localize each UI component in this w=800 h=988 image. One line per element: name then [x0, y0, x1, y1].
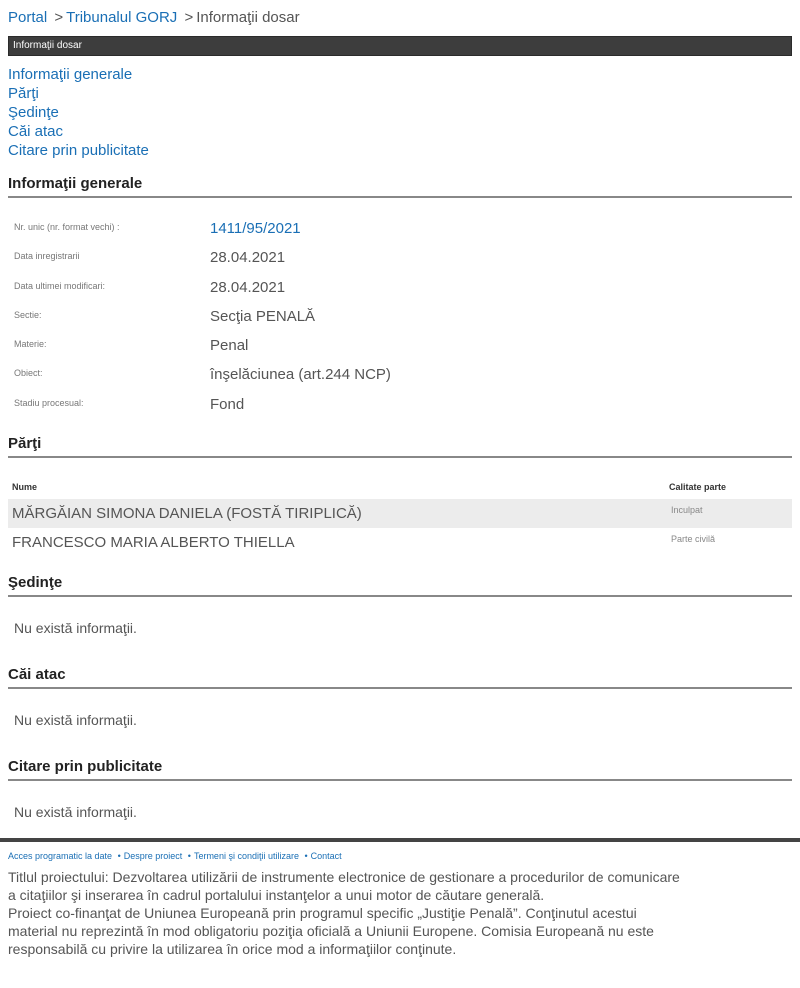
info-value: 28.04.2021 — [210, 249, 285, 266]
cai-atac-empty-message: Nu există informaţii. — [14, 712, 137, 728]
breadcrumb-tribunal[interactable]: Tribunalul GORJ — [66, 9, 177, 26]
page-header-bar: Informaţii dosar — [8, 36, 792, 56]
case-number-link[interactable]: 1411/95/2021 — [210, 220, 301, 237]
table-row: MĂRGĂIAN SIMONA DANIELA (FOSTĂ TIRIPLICĂ… — [8, 499, 792, 528]
info-row-stadiu: Stadiu procesual: Fond — [14, 396, 614, 424]
footer-separator: • — [118, 851, 121, 861]
party-name: MĂRGĂIAN SIMONA DANIELA (FOSTĂ TIRIPLICĂ… — [12, 505, 362, 522]
info-value: Fond — [210, 396, 244, 413]
footer-project-text: Titlul proiectului: Dezvoltarea utilizăr… — [8, 868, 798, 958]
citare-empty-message: Nu există informaţii. — [14, 804, 137, 820]
breadcrumb-separator: > — [54, 9, 63, 26]
info-value: Penal — [210, 337, 248, 354]
column-header-nume: Nume — [12, 482, 37, 492]
footer-link-contact[interactable]: Contact — [311, 851, 342, 861]
party-role: Parte civilă — [671, 534, 715, 544]
breadcrumb: Portal >Tribunalul GORJ >Informaţii dosa… — [8, 9, 300, 26]
footer-text-line: responsabilă cu privire la utilizarea în… — [8, 940, 798, 958]
footer-text-line: Proiect co-finanţat de Uniunea Europeană… — [8, 904, 798, 922]
info-label: Obiect: — [14, 368, 43, 378]
info-label: Sectie: — [14, 310, 42, 320]
page-header-title: Informaţii dosar — [13, 40, 82, 51]
breadcrumb-current: Informaţii dosar — [196, 9, 299, 26]
party-role: Inculpat — [671, 505, 703, 515]
info-value: înşelăciunea (art.244 NCP) — [210, 366, 391, 383]
breadcrumb-separator: > — [184, 9, 193, 26]
info-row-materie: Materie: Penal — [14, 337, 614, 365]
footer-links: Acces programatic la date •Despre proiec… — [8, 851, 342, 861]
nav-link-parti[interactable]: Părţi — [8, 84, 149, 103]
info-row-data-inregistrarii: Data inregistrarii 28.04.2021 — [14, 249, 614, 277]
footer-text-line: a citaţiilor şi inserarea în cadrul port… — [8, 886, 798, 904]
info-row-sectie: Sectie: Secţia PENALĂ — [14, 308, 614, 336]
parti-table-header: Nume Calitate parte — [8, 478, 792, 496]
footer-link-despre-proiect[interactable]: Despre proiect — [124, 851, 183, 861]
nav-link-cai-atac[interactable]: Căi atac — [8, 122, 149, 141]
footer-separator: • — [188, 851, 191, 861]
section-title-citare: Citare prin publicitate — [8, 758, 792, 781]
footer-link-acces-programatic[interactable]: Acces programatic la date — [8, 851, 112, 861]
party-name: FRANCESCO MARIA ALBERTO THIELLA — [12, 534, 295, 551]
section-title-general: Informaţii generale — [8, 175, 792, 198]
footer-text-line: material nu reprezintă în mod obligatori… — [8, 922, 798, 940]
footer-link-termeni[interactable]: Termeni şi condiţii utilizare — [194, 851, 299, 861]
section-title-cai-atac: Căi atac — [8, 666, 792, 689]
info-label: Data inregistrarii — [14, 251, 80, 261]
sedinte-empty-message: Nu există informaţii. — [14, 620, 137, 636]
nav-link-citare[interactable]: Citare prin publicitate — [8, 141, 149, 160]
table-row: FRANCESCO MARIA ALBERTO THIELLA Parte ci… — [8, 528, 792, 557]
column-header-calitate: Calitate parte — [669, 482, 726, 492]
info-label: Data ultimei modificari: — [14, 281, 105, 291]
footer-separator: • — [305, 851, 308, 861]
breadcrumb-portal[interactable]: Portal — [8, 9, 47, 26]
info-row-data-modificari: Data ultimei modificari: 28.04.2021 — [14, 279, 614, 307]
info-label: Materie: — [14, 339, 47, 349]
info-label: Nr. unic (nr. format vechi) : — [14, 222, 120, 232]
info-value: Secţia PENALĂ — [210, 308, 315, 325]
info-row-obiect: Obiect: înşelăciunea (art.244 NCP) — [14, 366, 614, 394]
section-title-parti: Părţi — [8, 435, 792, 458]
section-nav: Informaţii generale Părţi Şedinţe Căi at… — [8, 65, 149, 160]
footer-text-line: Titlul proiectului: Dezvoltarea utilizăr… — [8, 868, 798, 886]
info-row-nr-unic: Nr. unic (nr. format vechi) : 1411/95/20… — [14, 220, 614, 248]
info-value: 28.04.2021 — [210, 279, 285, 296]
info-label: Stadiu procesual: — [14, 398, 84, 408]
nav-link-general[interactable]: Informaţii generale — [8, 65, 149, 84]
section-title-sedinte: Şedinţe — [8, 574, 792, 597]
nav-link-sedinte[interactable]: Şedinţe — [8, 103, 149, 122]
footer-divider — [0, 838, 800, 842]
